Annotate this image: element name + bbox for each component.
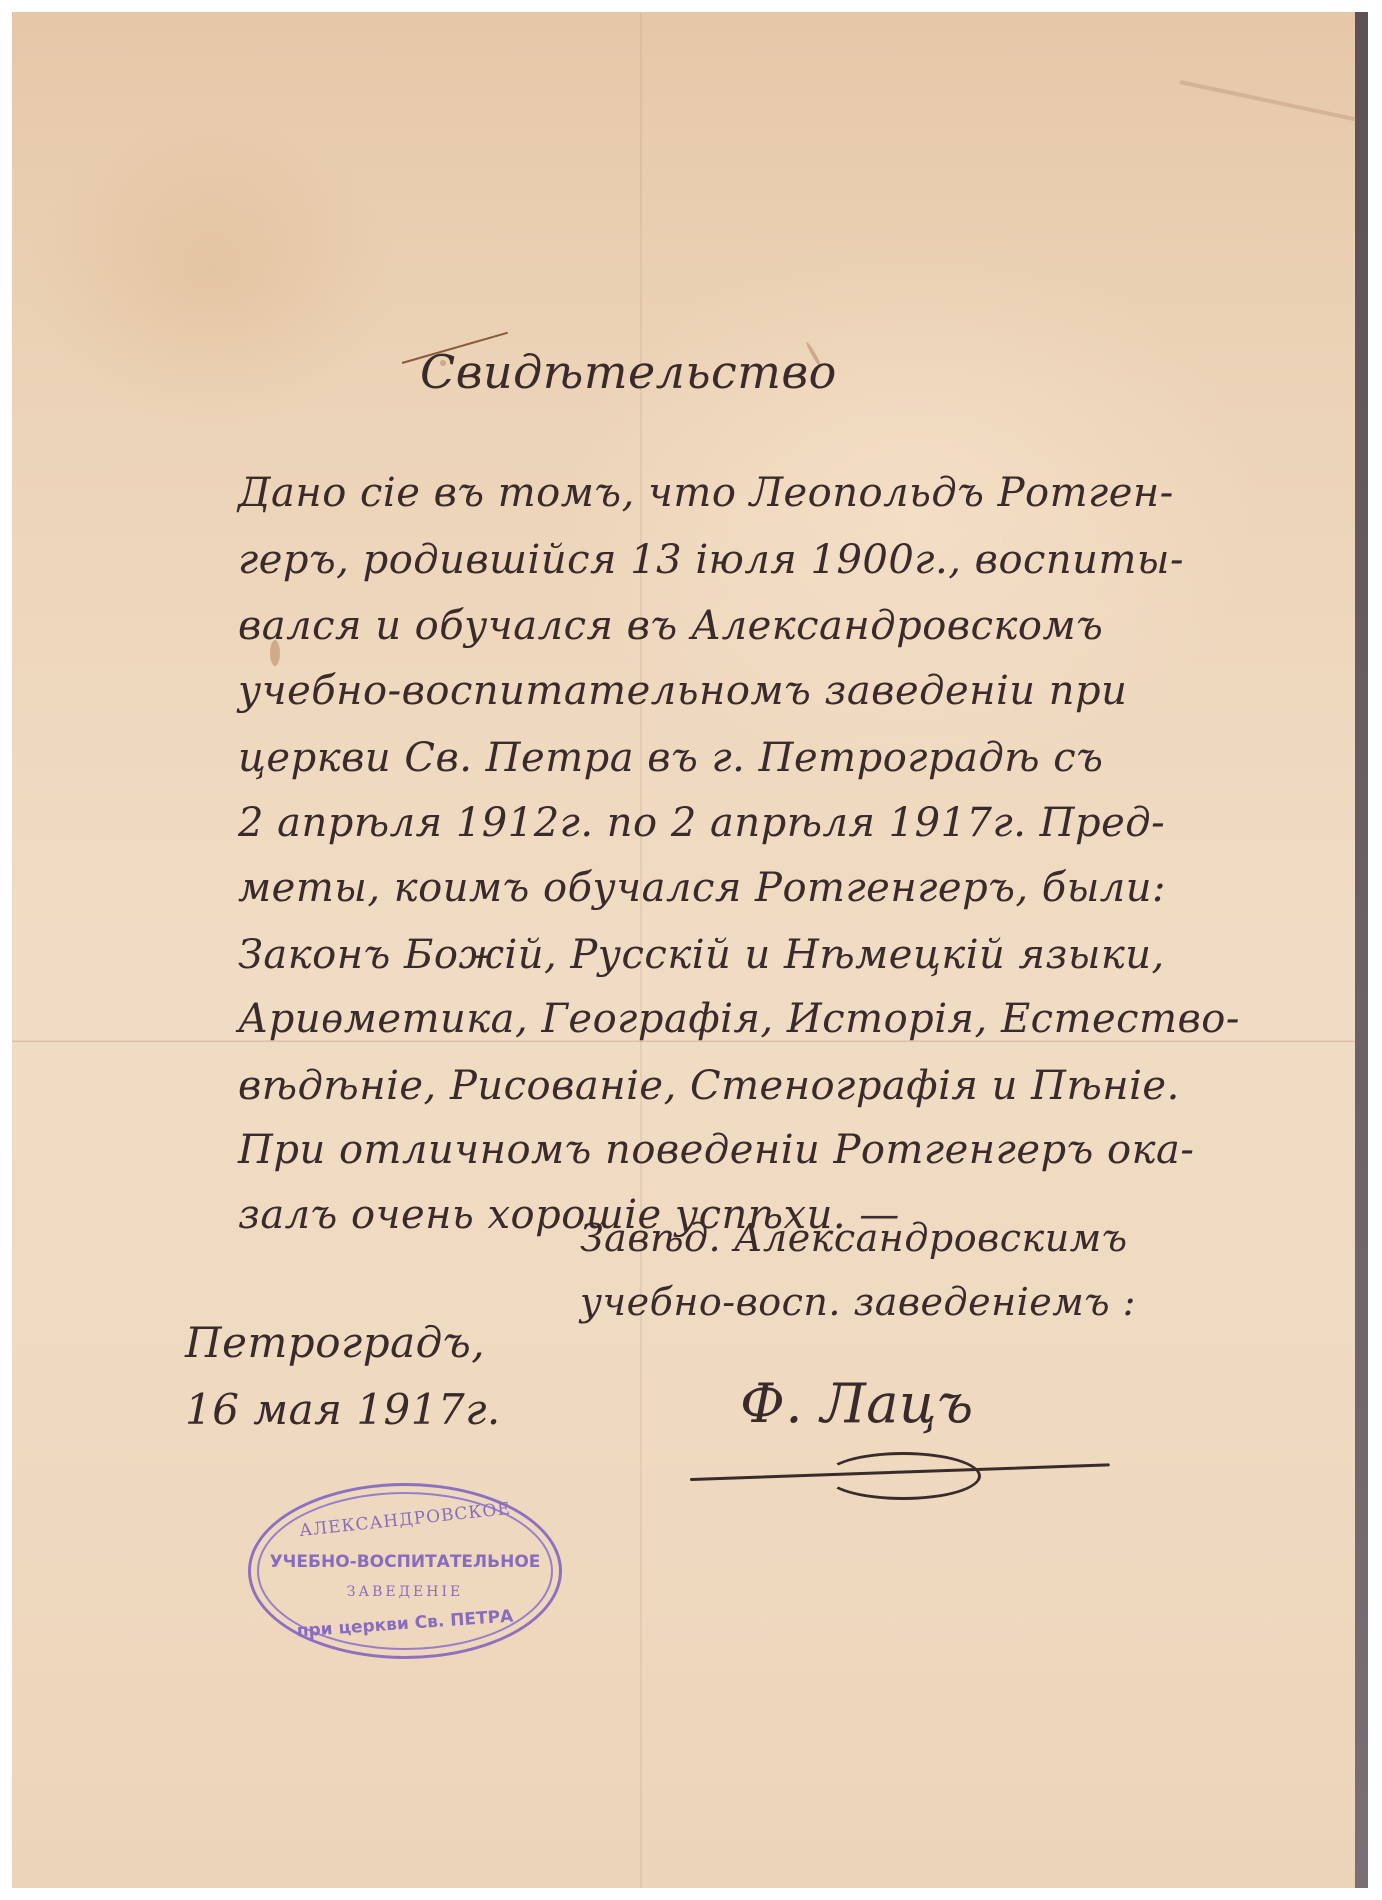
- place-of-issue: Петроградъ,: [185, 1318, 485, 1367]
- scan-edge-strip: [1355, 12, 1368, 1888]
- stamp-main-text: УЧЕБНО-ВОСПИТАТЕЛЬНОЕ: [251, 1552, 559, 1572]
- body-line: При отличномъ поведеніи Ротгенгеръ ока-: [238, 1127, 1194, 1173]
- body-line: вался и обучался въ Александровскомъ: [238, 603, 1103, 649]
- body-line: Законъ Божій, Русскій и Нѣмецкій языки,: [238, 932, 1165, 978]
- document-title: Свидѣтельство: [420, 345, 837, 399]
- signature: Ф. Лацъ: [740, 1372, 974, 1435]
- body-line: учебно-воспитательномъ заведеніи при: [238, 668, 1127, 714]
- body-line: меты, коимъ обучался Ротгенгеръ, были:: [238, 865, 1166, 911]
- body-line: вѣдѣніе, Рисованіе, Стенографія и Пѣніе.: [238, 1063, 1180, 1109]
- stamp-sub-text: ЗАВЕДЕНІЕ: [251, 1584, 559, 1600]
- body-line: Ариѳметика, Географія, Исторія, Естество…: [238, 996, 1240, 1042]
- body-line: геръ, родившійся 13 іюля 1900г., воспиты…: [238, 537, 1184, 583]
- signature-flourish-loop: [825, 1452, 981, 1500]
- body-line: 2 апрѣля 1912г. по 2 апрѣля 1917г. Пред-: [238, 800, 1165, 846]
- date-of-issue: 16 мая 1917г.: [185, 1385, 501, 1434]
- signatory-title-line-2: учебно-восп. заведеніемъ :: [580, 1280, 1136, 1324]
- body-line: церкви Св. Петра въ г. Петроградѣ съ: [238, 735, 1103, 781]
- body-line: Дано сіе въ томъ, что Леопольдъ Ротген-: [238, 470, 1174, 516]
- signatory-title-line-1: Завѣд. Александровскимъ: [580, 1216, 1128, 1260]
- institution-stamp: АЛЕКСАНДРОВСКОЕ УЧЕБНО-ВОСПИТАТЕЛЬНОЕ ЗА…: [248, 1483, 562, 1659]
